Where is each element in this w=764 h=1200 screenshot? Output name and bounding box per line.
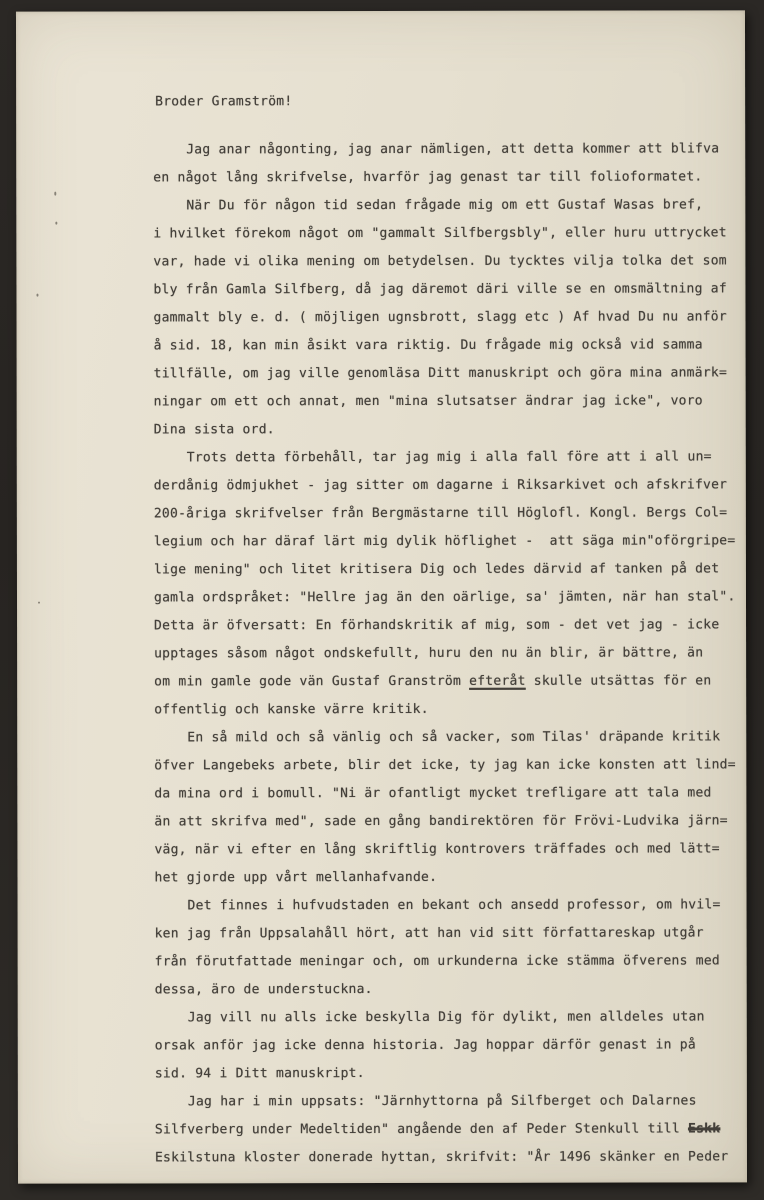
line-text: Jag anar någonting, jag anar nämligen, a… [186, 141, 719, 157]
line-text: bly från Gamla Silfberg, då jag däremot … [153, 281, 726, 297]
letter-line: Jag har i min uppsats: "Järnhyttorna på … [155, 1087, 747, 1116]
line-text: ningar om ett och annat, men "mina sluts… [154, 393, 703, 409]
letter-line: Dina sista ord. [154, 415, 747, 444]
line-text: tillfälle, om jag ville genomläsa Ditt m… [154, 365, 727, 381]
letter-line: Eskilstuna kloster donerade hyttan, skri… [155, 1143, 747, 1172]
line-text: 200-åriga skrifvelser från Bergmästarne … [154, 505, 727, 521]
line-text: från förutfattade meningar och, om urkun… [155, 953, 720, 969]
letter-content: Broder Gramström! Jag anar någonting, ja… [153, 87, 747, 1172]
line-text: än att skrifva med", sade en gång bandir… [154, 813, 727, 829]
line-text: sid. 94 i Ditt manuskript. [155, 1066, 365, 1081]
line-text: öfver Langebeks arbete, blir det icke, t… [154, 757, 736, 773]
underlined-word: efteråt [469, 674, 526, 689]
letter-line: än att skrifva med", sade en gång bandir… [154, 807, 747, 836]
letter-line: gamla ordspråket: "Hellre jag än den oär… [154, 583, 747, 612]
letter-line: Jag vill nu alls icke beskylla Dig för d… [155, 1003, 747, 1032]
letter-line: het gjorde upp vårt mellanhafvande. [154, 863, 747, 892]
paper-speck [54, 192, 56, 196]
letter-line: När Du för någon tid sedan frågade mig o… [153, 191, 747, 220]
line-text: ken jag från Uppsalahåll hört, att han v… [155, 925, 704, 941]
letter-line: gammalt bly e. d. ( möjligen ugnsbrott, … [153, 303, 747, 332]
line-text: orsak anför jag icke denna historia. Jag… [155, 1037, 696, 1053]
line-text: lige mening" och litet kritisera Dig och… [154, 561, 719, 577]
line-text: upptages såsom något ondskefullt, huru d… [154, 645, 703, 661]
line-text: å sid. 18, kan min åsikt vara riktig. Du… [154, 337, 703, 353]
line-text: derdånig ödmjukhet - jag sitter om dagar… [154, 477, 727, 493]
line-text: Jag vill nu alls icke beskylla Dig för d… [188, 1009, 705, 1025]
letter-line: derdånig ödmjukhet - jag sitter om dagar… [154, 471, 747, 500]
line-text: offentlig och kanske värre kritik. [154, 702, 429, 717]
letter-line: ningar om ett och annat, men "mina sluts… [154, 387, 747, 416]
line-text: het gjorde upp vårt mellanhafvande. [154, 870, 437, 885]
line-text: När Du för någon tid sedan frågade mig o… [186, 197, 703, 213]
letter-line: väg, när vi efter en lång skriftlig kont… [154, 835, 747, 864]
letter-line: å sid. 18, kan min åsikt vara riktig. Du… [154, 331, 747, 360]
paper-speck [55, 222, 57, 225]
letter-line: Jag anar någonting, jag anar nämligen, a… [153, 135, 747, 164]
line-text: dessa, äro de understuckna. [155, 982, 373, 997]
letter-line: var, hade vi olika mening om betydelsen.… [153, 247, 747, 276]
line-text: En så mild och så vänlig och så vacker, … [187, 729, 720, 745]
letter-line: da mina ord i bomull. "Ni är ofantligt m… [154, 779, 747, 808]
line-text: om min gamle gode vän Gustaf Granström [154, 674, 469, 690]
line-text: gamla ordspråket: "Hellre jag än den oär… [154, 589, 736, 605]
line-text: Detta är öfversatt: En förhandskritik af… [154, 617, 719, 633]
line-text: da mina ord i bomull. "Ni är ofantligt m… [154, 785, 711, 801]
letter-line: från förutfattade meningar och, om urkun… [155, 947, 747, 976]
letter-line: Trots detta förbehåll, tar jag mig i all… [154, 443, 747, 472]
letter-line: Silfverberg under Medeltiden" angående d… [155, 1115, 747, 1144]
line-text: Dina sista ord. [154, 422, 275, 437]
line-text: legium och har däraf lärt mig dylik höfl… [154, 533, 736, 549]
line-text: en något lång skrifvelse, hvarför jag ge… [153, 169, 702, 185]
letter-line: bly från Gamla Silfberg, då jag däremot … [153, 275, 747, 304]
paper-speck [36, 294, 38, 297]
line-text: var, hade vi olika mening om betydelsen.… [153, 253, 726, 269]
salutation: Broder Gramström! [155, 87, 747, 116]
line-text: Silfverberg under Medeltiden" angående d… [155, 1121, 688, 1137]
letter-line: sid. 94 i Ditt manuskript. [155, 1059, 747, 1088]
letter-line: En så mild och så vänlig och så vacker, … [154, 723, 747, 752]
letter-line: Det finnes i hufvudstaden en bekant och … [155, 891, 748, 920]
letter-line: 200-åriga skrifvelser från Bergmästarne … [154, 499, 747, 528]
line-text: Trots detta förbehåll, tar jag mig i all… [187, 449, 712, 465]
letter-line: Detta är öfversatt: En förhandskritik af… [154, 611, 747, 640]
letter-line: dessa, äro de understuckna. [155, 975, 747, 1004]
letter-line: öfver Langebeks arbete, blir det icke, t… [154, 751, 747, 780]
line-text: Eskilstuna kloster donerade hyttan, skri… [155, 1149, 728, 1165]
letter-page: Broder Gramström! Jag anar någonting, ja… [16, 10, 747, 1183]
scan-background: Broder Gramström! Jag anar någonting, ja… [0, 0, 764, 1200]
letter-line: ken jag från Uppsalahåll hört, att han v… [155, 919, 747, 948]
letter-line: lige mening" och litet kritisera Dig och… [154, 555, 747, 584]
paper-speck [38, 602, 40, 604]
line-text: i hvilket förekom något om "gammalt Silf… [153, 225, 726, 241]
letter-line: tillfälle, om jag ville genomläsa Ditt m… [154, 359, 747, 388]
letter-line: i hvilket förekom något om "gammalt Silf… [153, 219, 747, 248]
line-text: Det finnes i hufvudstaden en bekant och … [188, 897, 721, 913]
letter-line: en något lång skrifvelse, hvarför jag ge… [153, 163, 747, 192]
letter-line: upptages såsom något ondskefullt, huru d… [154, 639, 747, 668]
line-text: gammalt bly e. d. ( möjligen ugnsbrott, … [153, 309, 726, 325]
letter-line: om min gamle gode vän Gustaf Granström e… [154, 667, 747, 696]
line-text: väg, när vi efter en lång skriftlig kont… [154, 841, 719, 857]
letter-line: legium och har däraf lärt mig dylik höfl… [154, 527, 747, 556]
letter-body: Jag anar någonting, jag anar nämligen, a… [153, 135, 747, 1172]
letter-line: orsak anför jag icke denna historia. Jag… [155, 1031, 747, 1060]
line-text: skulle utsättas för en [526, 673, 712, 688]
line-text: Jag har i min uppsats: "Järnhyttorna på … [188, 1093, 697, 1109]
letter-line: offentlig och kanske värre kritik. [154, 695, 747, 724]
struck-out-word: Eskk [688, 1121, 720, 1136]
